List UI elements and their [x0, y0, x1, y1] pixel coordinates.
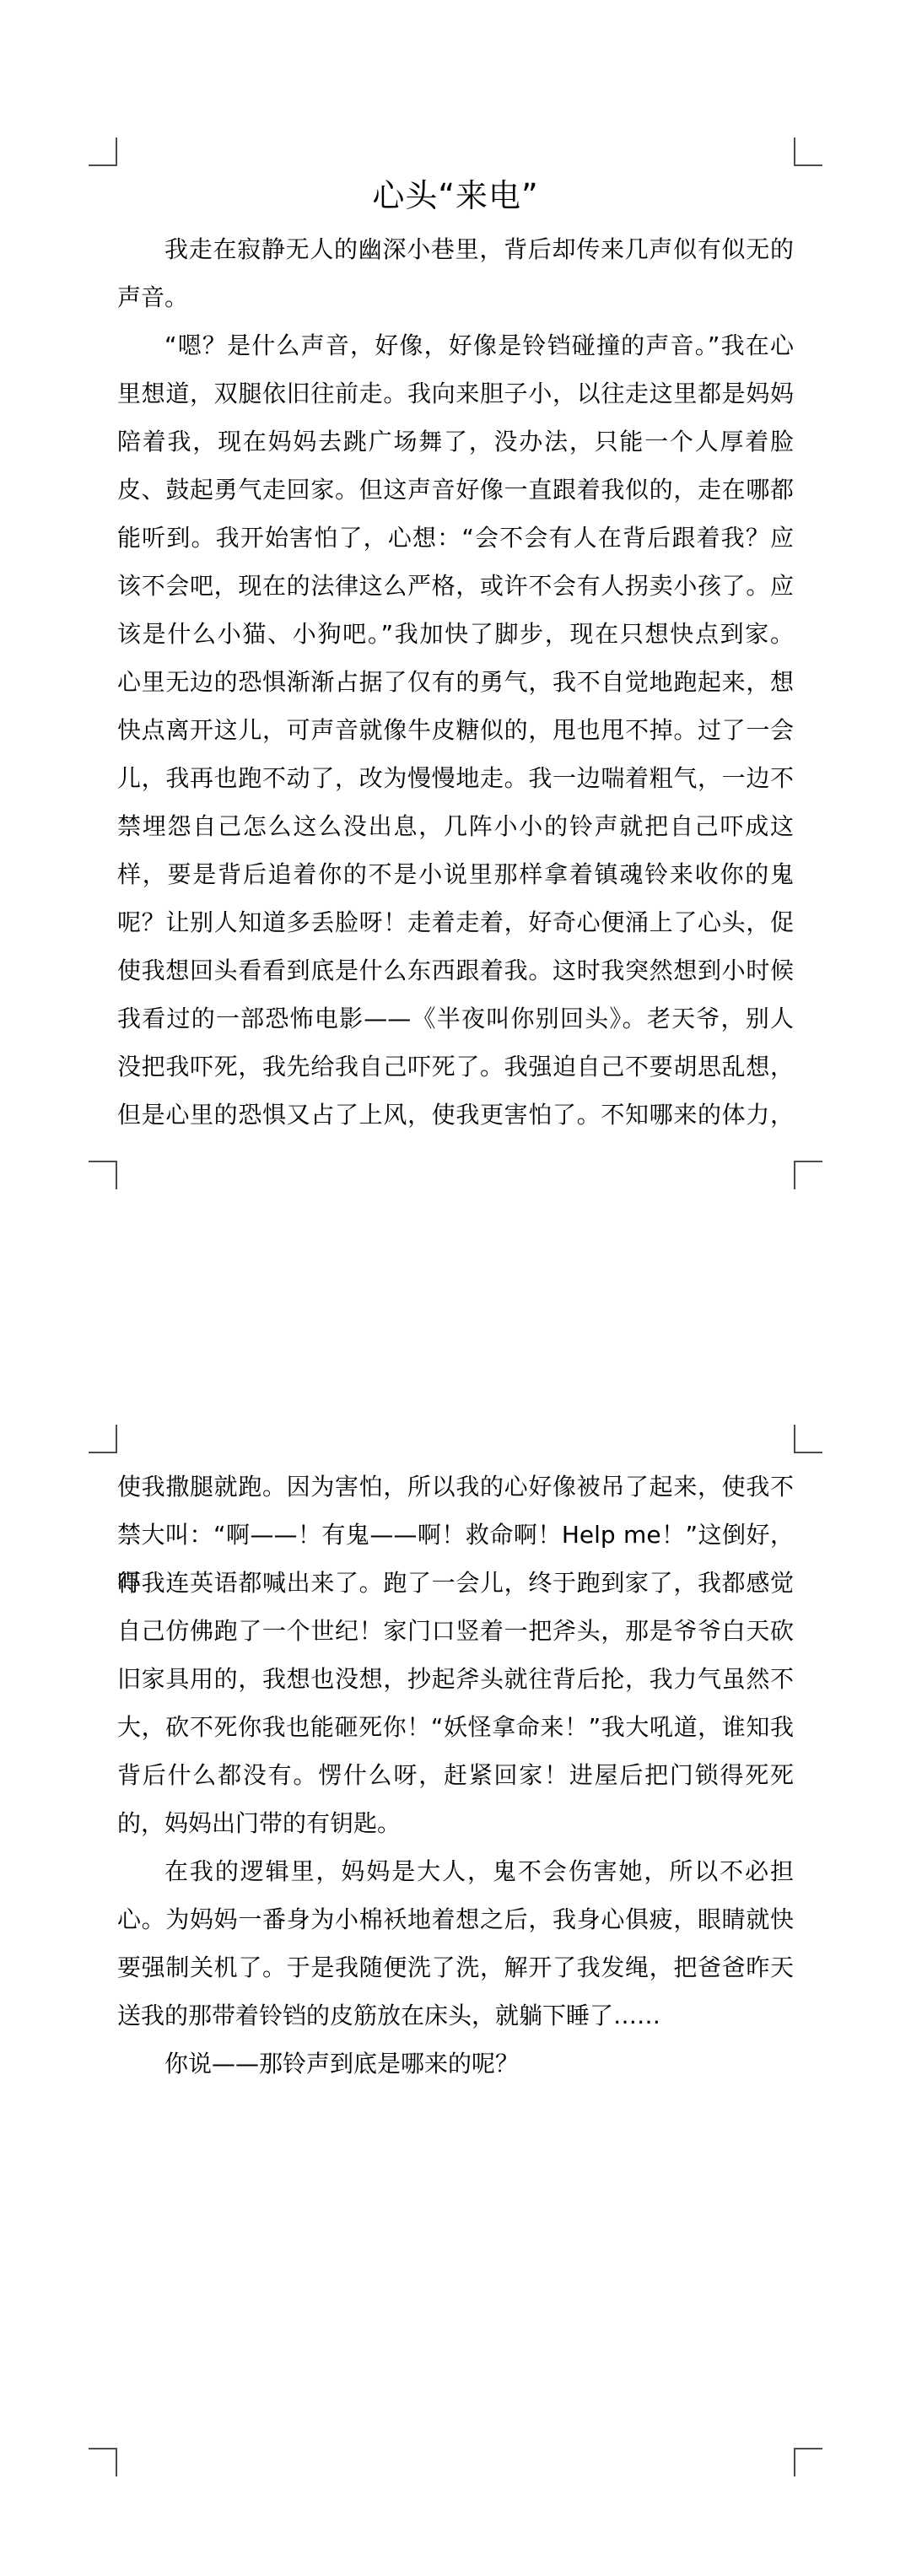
text-line: 心。为妈妈一番身为小棉袄地着想之后，我身心俱疲，眼睛就快 — [117, 1895, 794, 1943]
page2-text-boundary-mark-top-right — [794, 1425, 822, 1453]
text-line: 儿，我再也跑不动了，改为慢慢地走。我一边喘着粗气，一边不 — [117, 754, 794, 802]
text-line: 皮、鼓起勇气走回家。但这声音好像一直跟着我似的，走在哪都 — [117, 466, 794, 514]
text-line: 快点离开这儿，可声音就像牛皮糖似的，甩也甩不掉。过了一会 — [117, 706, 794, 754]
page1-text-boundary-mark-top-right — [794, 137, 822, 166]
page1-text-boundary-mark-bottom-left — [89, 1161, 117, 1189]
text-line: 呢？让别人知道多丢脸呀！走着走着，好奇心便涌上了心头，促 — [117, 898, 794, 946]
text-line: 使我撒腿就跑。因为害怕，所以我的心好像被吊了起来，使我不 — [117, 1463, 794, 1511]
page-1-body: 我走在寂静无人的幽深小巷里，背后却传来几声似有似无的声音。“嗯？是什么声音，好像… — [117, 225, 794, 1139]
page2-text-boundary-mark-top-left — [89, 1425, 117, 1453]
text-line: 禁埋怨自己怎么这么没出息，几阵小小的铃声就把自己吓成这 — [117, 802, 794, 850]
text-line: 自己仿佛跑了一个世纪！家门口竖着一把斧头，那是爷爷白天砍 — [117, 1607, 794, 1655]
text-line: 送我的那带着铃铛的皮筋放在床头，就躺下睡了…… — [117, 1991, 794, 2040]
document-title: 心头“来电” — [117, 166, 794, 225]
text-line: 我看过的一部恐怖电影——《半夜叫你别回头》。老天爷，别人 — [117, 994, 794, 1043]
text-line: 该不会吧，现在的法律这么严格，或许不会有人拐卖小孩了。应 — [117, 562, 794, 610]
text-line: 能听到。我开始害怕了，心想：“会不会有人在背后跟着我？应 — [117, 514, 794, 562]
text-line: 样，要是背后追着你的不是小说里那样拿着镇魂铃来收你的鬼 — [117, 850, 794, 898]
page-2: 使我撒腿就跑。因为害怕，所以我的心好像被吊了起来，使我不禁大叫：“啊——！有鬼—… — [117, 1463, 794, 2088]
text-line: 大，砍不死你我也能砸死你！“妖怪拿命来！”我大吼道，谁知我 — [117, 1703, 794, 1751]
text-line: 要强制关机了。于是我随便洗了洗，解开了我发绳，把爸爸昨天 — [117, 1943, 794, 1991]
text-line: 使我想回头看看到底是什么东西跟着我。这时我突然想到小时候 — [117, 946, 794, 994]
text-line: 我走在寂静无人的幽深小巷里，背后却传来几声似有似无的 — [117, 225, 794, 273]
text-line: 在我的逻辑里，妈妈是大人，鬼不会伤害她，所以不必担 — [117, 1847, 794, 1895]
text-line: 该是什么小猫、小狗吧。”我加快了脚步，现在只想快点到家。 — [117, 610, 794, 658]
page2-text-boundary-mark-bottom-right — [794, 2448, 822, 2476]
text-line: 旧家具用的，我想也没想，抄起斧头就往背后抡，我力气虽然不 — [117, 1655, 794, 1703]
text-line: 背后什么都没有。愣什么呀，赶紧回家！进屋后把门锁得死死 — [117, 1751, 794, 1799]
text-line: 的，妈妈出门带的有钥匙。 — [117, 1799, 794, 1847]
text-line: 里想道，双腿依旧往前走。我向来胆子小，以往走这里都是妈妈 — [117, 369, 794, 418]
page1-text-boundary-mark-top-left — [89, 137, 117, 166]
text-line: 声音。 — [117, 273, 794, 321]
page2-text-boundary-mark-bottom-left — [89, 2448, 117, 2476]
text-line: 心里无边的恐惧渐渐占据了仅有的勇气，我不自觉地跑起来，想 — [117, 658, 794, 706]
text-line: “嗯？是什么声音，好像，好像是铃铛碰撞的声音。”我在心 — [117, 321, 794, 369]
page-1: 心头“来电” 我走在寂静无人的幽深小巷里，背后却传来几声似有似无的声音。“嗯？是… — [117, 166, 794, 1139]
text-line: 得我连英语都喊出来了。跑了一会儿，终于跑到家了，我都感觉 — [117, 1559, 794, 1607]
page-2-body: 使我撒腿就跑。因为害怕，所以我的心好像被吊了起来，使我不禁大叫：“啊——！有鬼—… — [117, 1463, 794, 2088]
text-line: 但是心里的恐惧又占了上风，使我更害怕了。不知哪来的体力， — [117, 1091, 794, 1139]
text-line: 没把我吓死，我先给我自己吓死了。我强迫自己不要胡思乱想， — [117, 1043, 794, 1091]
page1-text-boundary-mark-bottom-right — [794, 1161, 822, 1189]
text-line: 陪着我，现在妈妈去跳广场舞了，没办法，只能一个人厚着脸 — [117, 418, 794, 466]
text-line: 你说——那铃声到底是哪来的呢？ — [117, 2040, 794, 2088]
text-line: 禁大叫：“啊——！有鬼——啊！救命啊！Help me！”这倒好，吓 — [117, 1511, 794, 1559]
